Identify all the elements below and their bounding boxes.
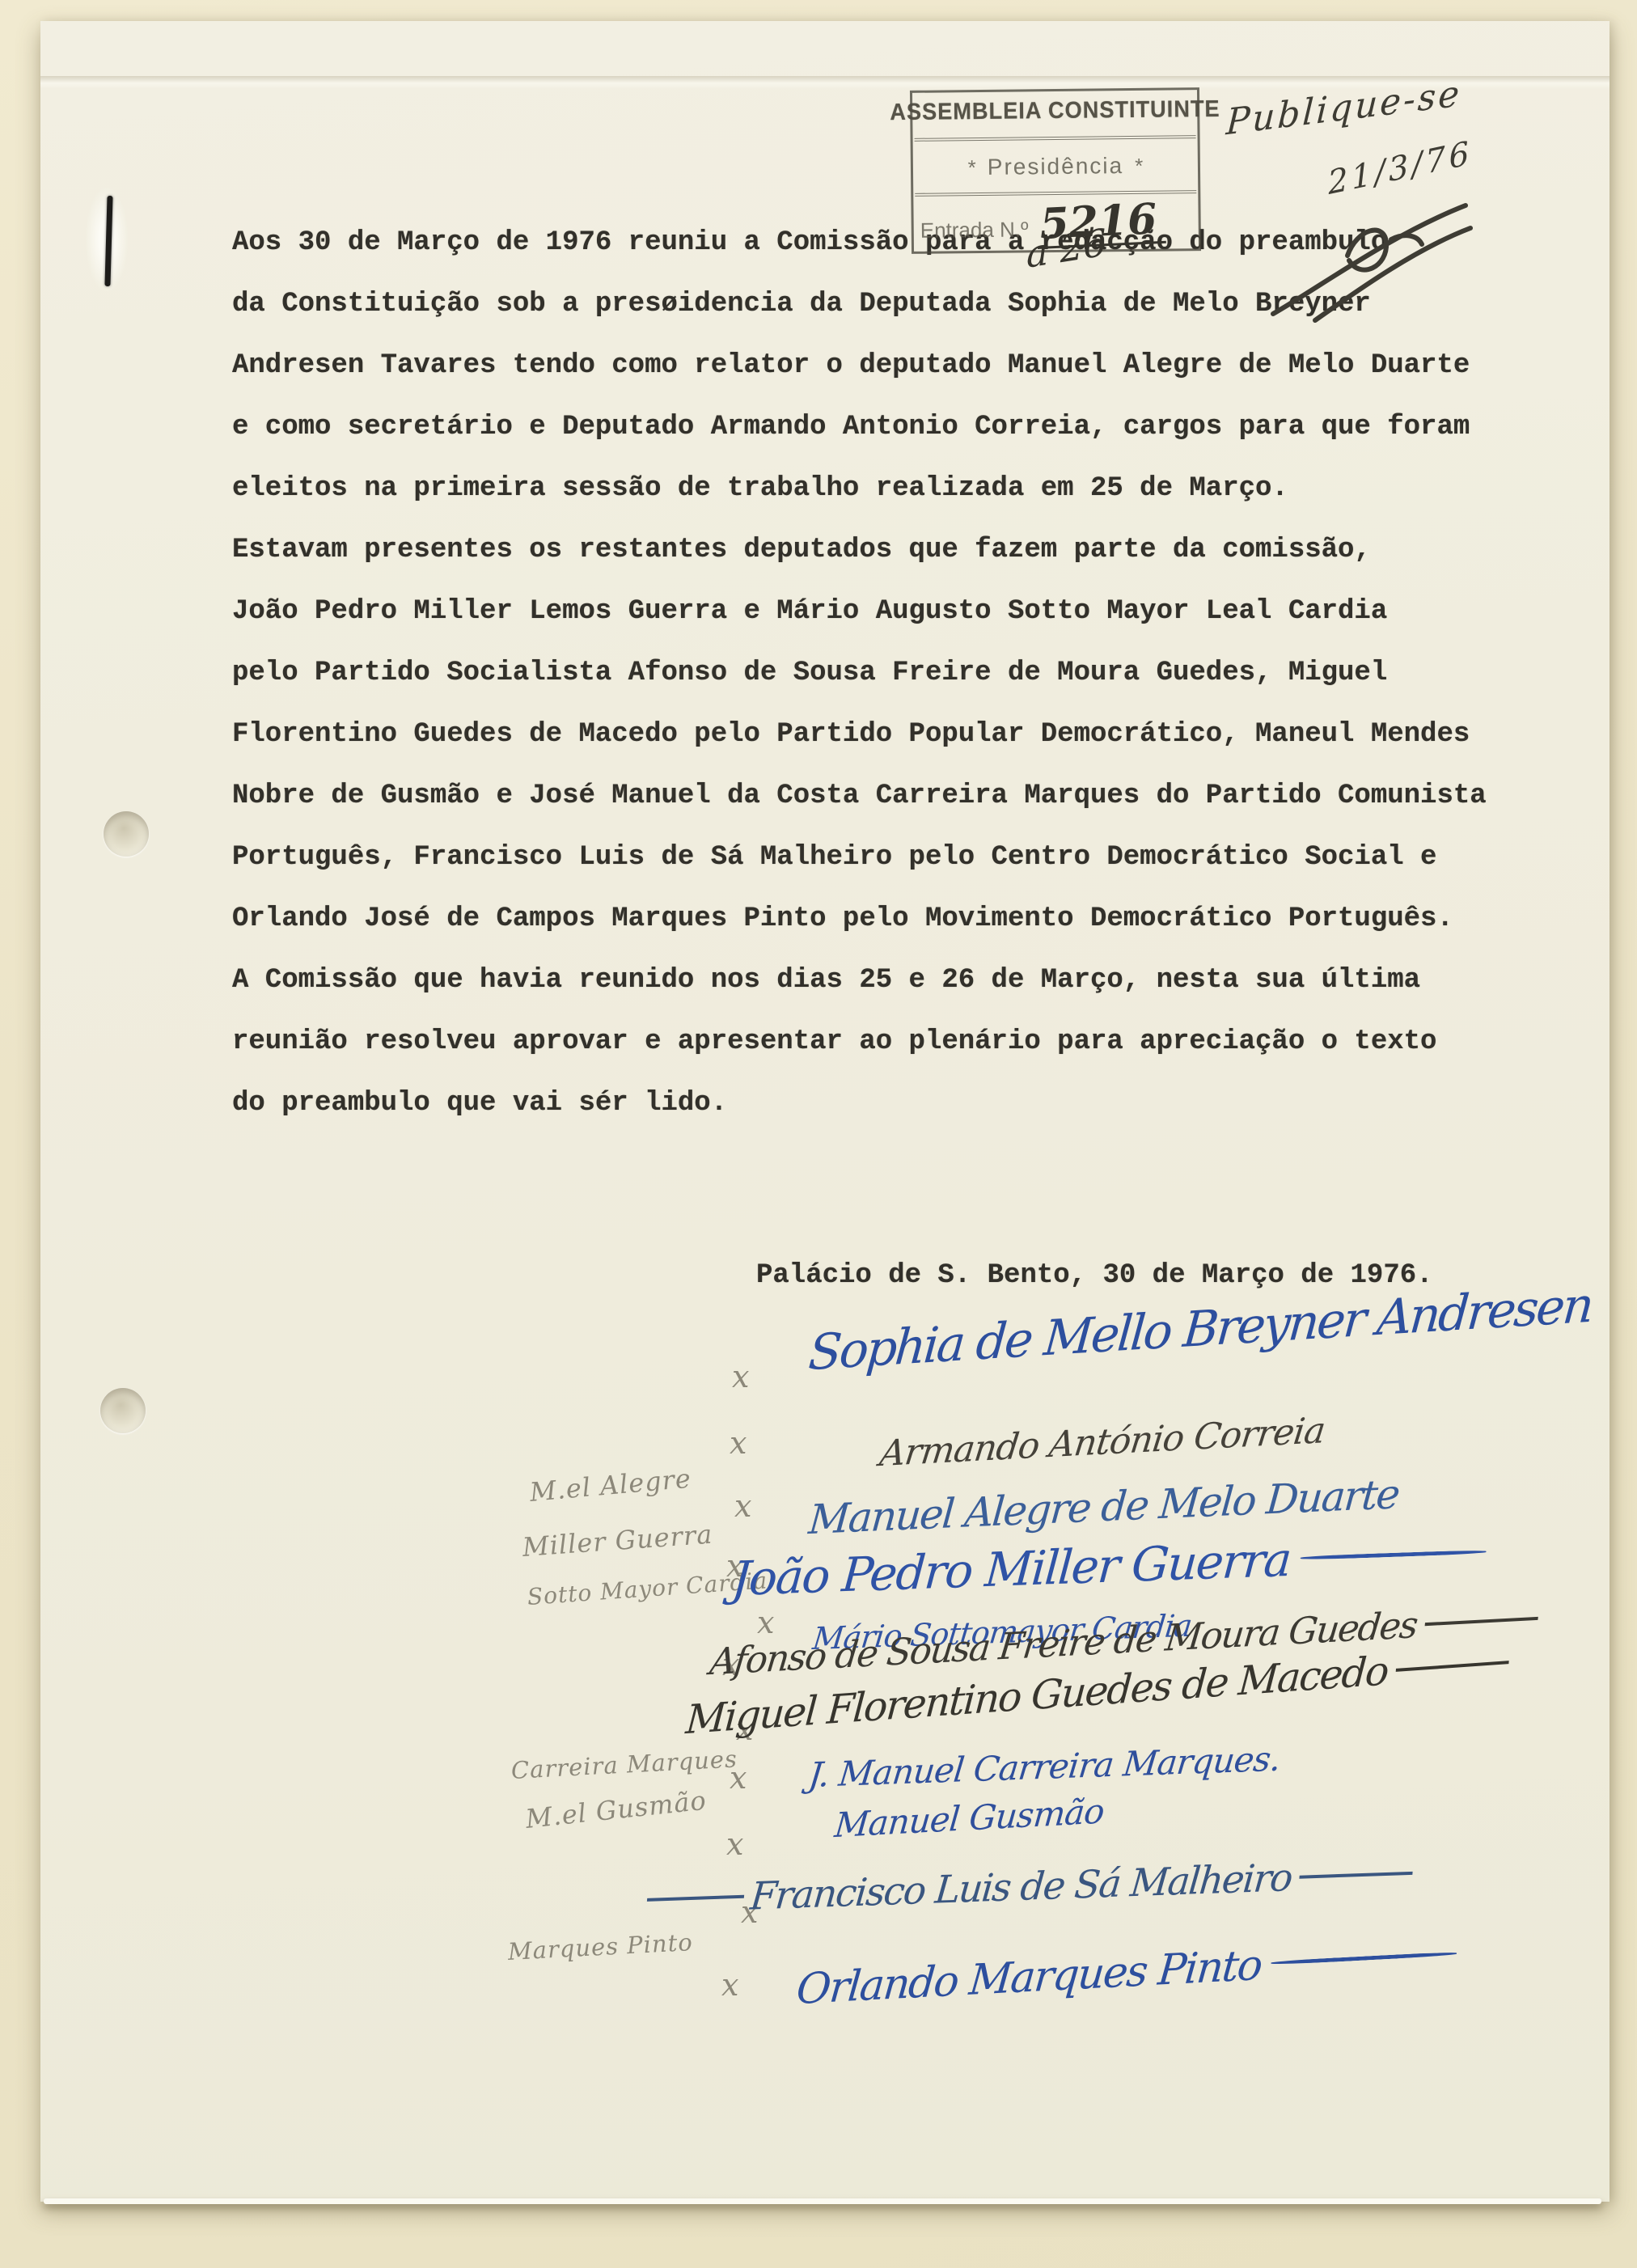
- body-line: A Comissão que havia reunido nos dias 25…: [232, 950, 1510, 1011]
- approval-rubric-signature: [1262, 193, 1488, 330]
- body-line: pelo Partido Socialista Afonso de Sousa …: [232, 642, 1510, 704]
- pencil-x-mark: x: [730, 1425, 747, 1461]
- scanned-document-photo: ASSEMBLEIA CONSTITUINTE * Presidência * …: [0, 0, 1637, 2268]
- stamp-organization: ASSEMBLEIA CONSTITUINTE: [890, 96, 1220, 126]
- stamp-entry-label: Entrada N.º: [920, 217, 1029, 248]
- body-line: Andresen Tavares tendo como relator o de…: [232, 335, 1510, 396]
- stamp-department: Presidência: [988, 153, 1124, 180]
- pencil-x-mark: x: [721, 1967, 739, 2003]
- body-line: Português, Francisco Luis de Sá Malheiro…: [232, 827, 1510, 888]
- body-line: João Pedro Miller Lemos Guerra e Mário A…: [232, 581, 1510, 642]
- pencil-x-mark: x: [726, 1826, 744, 1862]
- body-line: Florentino Guedes de Macedo pelo Partido…: [232, 704, 1510, 765]
- body-line: do preambulo que vai sér lido.: [232, 1073, 1510, 1134]
- stamp-divider: [915, 135, 1196, 142]
- pencil-x-mark: x: [732, 1359, 750, 1394]
- body-line: Nobre de Gusmão e José Manuel da Costa C…: [232, 765, 1510, 827]
- typed-body-text: Aos 30 de Março de 1976 reuniu a Comissã…: [232, 212, 1510, 1134]
- body-line: eleitos na primeira sessão de trabalho r…: [232, 458, 1510, 519]
- punch-hole: [104, 811, 149, 857]
- body-line: Orlando José de Campos Marques Pinto pel…: [232, 888, 1510, 950]
- body-line: e como secretário e Deputado Armando Ant…: [232, 396, 1510, 458]
- body-line: Estavam presentes os restantes deputados…: [232, 519, 1510, 581]
- stamp-department-row: * Presidência *: [913, 146, 1198, 186]
- body-line: reunião resolveu aprovar e apresentar ao…: [232, 1011, 1510, 1073]
- stamp-star-right: *: [1135, 153, 1143, 178]
- dateline: Palácio de S. Bento, 30 de Março de 1976…: [756, 1260, 1433, 1291]
- stamp-organization-row: ASSEMBLEIA CONSTITUINTE: [912, 90, 1197, 131]
- stamp-star-left: *: [968, 155, 976, 180]
- pencil-x-mark: x: [757, 1605, 775, 1640]
- punch-hole: [100, 1388, 146, 1433]
- pencil-x-mark: x: [734, 1488, 752, 1524]
